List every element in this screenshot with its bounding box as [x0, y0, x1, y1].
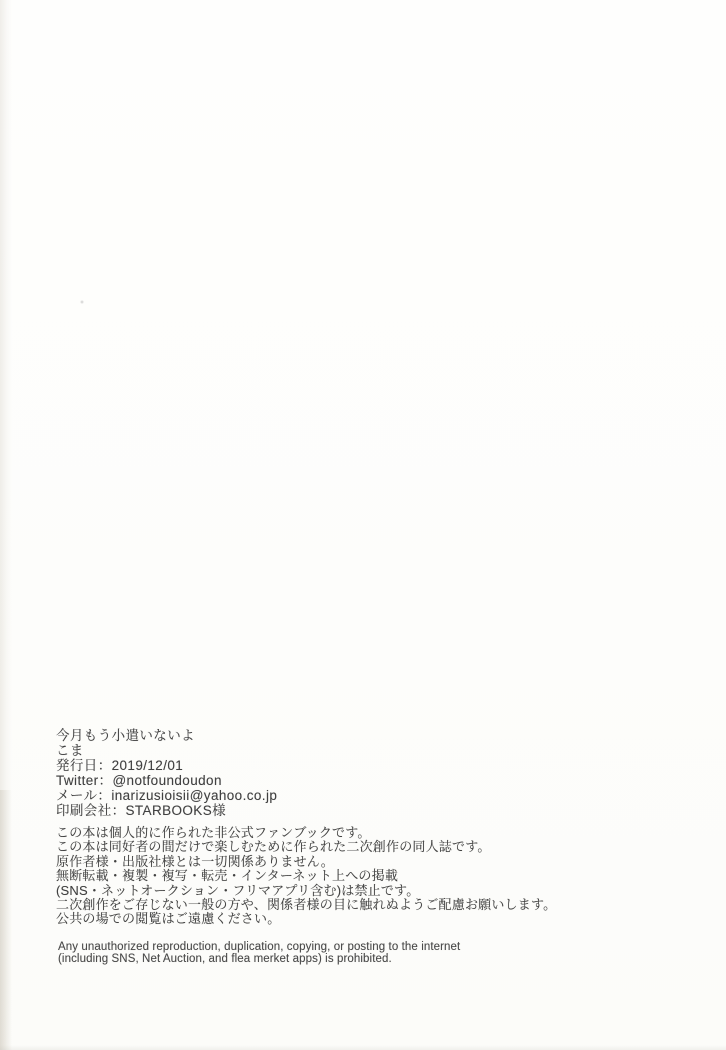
publication-info: 今月もう小遣いないよ こま 発行日：2019/12/01 Twitter：@no…: [56, 728, 704, 818]
printer-line: 印刷会社：STARBOOKS様: [56, 803, 704, 818]
publish-date-line: 発行日：2019/12/01: [56, 758, 704, 773]
scan-speck-artifact: [80, 300, 84, 304]
circle-author-name: こま: [56, 743, 704, 758]
colophon-text-block: 今月もう小遣いないよ こま 発行日：2019/12/01 Twitter：@no…: [56, 728, 704, 966]
scan-left-edge-artifact: [0, 0, 12, 1050]
disclaimer-en-line: (including SNS, Net Auction, and flea me…: [58, 953, 704, 966]
disclaimer-en-line: Any unauthorized reproduction, duplicati…: [58, 941, 704, 954]
scan-bottom-edge-artifact: [0, 1045, 726, 1050]
disclaimer-ja-line: この本は同好者の間だけで楽しむために作られた二次創作の同人誌です。: [56, 840, 704, 854]
scanned-page: 今月もう小遣いないよ こま 発行日：2019/12/01 Twitter：@no…: [0, 0, 726, 1050]
book-title: 今月もう小遣いないよ: [56, 728, 704, 743]
disclaimer-english: Any unauthorized reproduction, duplicati…: [56, 941, 704, 966]
disclaimer-ja-line: 公共の場での閲覧はご遠慮ください。: [56, 912, 704, 926]
disclaimer-japanese: この本は個人的に作られた非公式ファンブックです。 この本は同好者の間だけで楽しむ…: [56, 826, 704, 927]
email-line: メール：inarizusioisii@yahoo.co.jp: [56, 788, 704, 803]
disclaimer-ja-line: 無断転載・複製・複写・転売・インターネット上への掲載: [56, 869, 704, 883]
twitter-handle-line: Twitter：@notfoundoudon: [56, 773, 704, 788]
disclaimer-ja-line: (SNS・ネットオークション・フリマアプリ含む)は禁止です。: [56, 884, 704, 898]
